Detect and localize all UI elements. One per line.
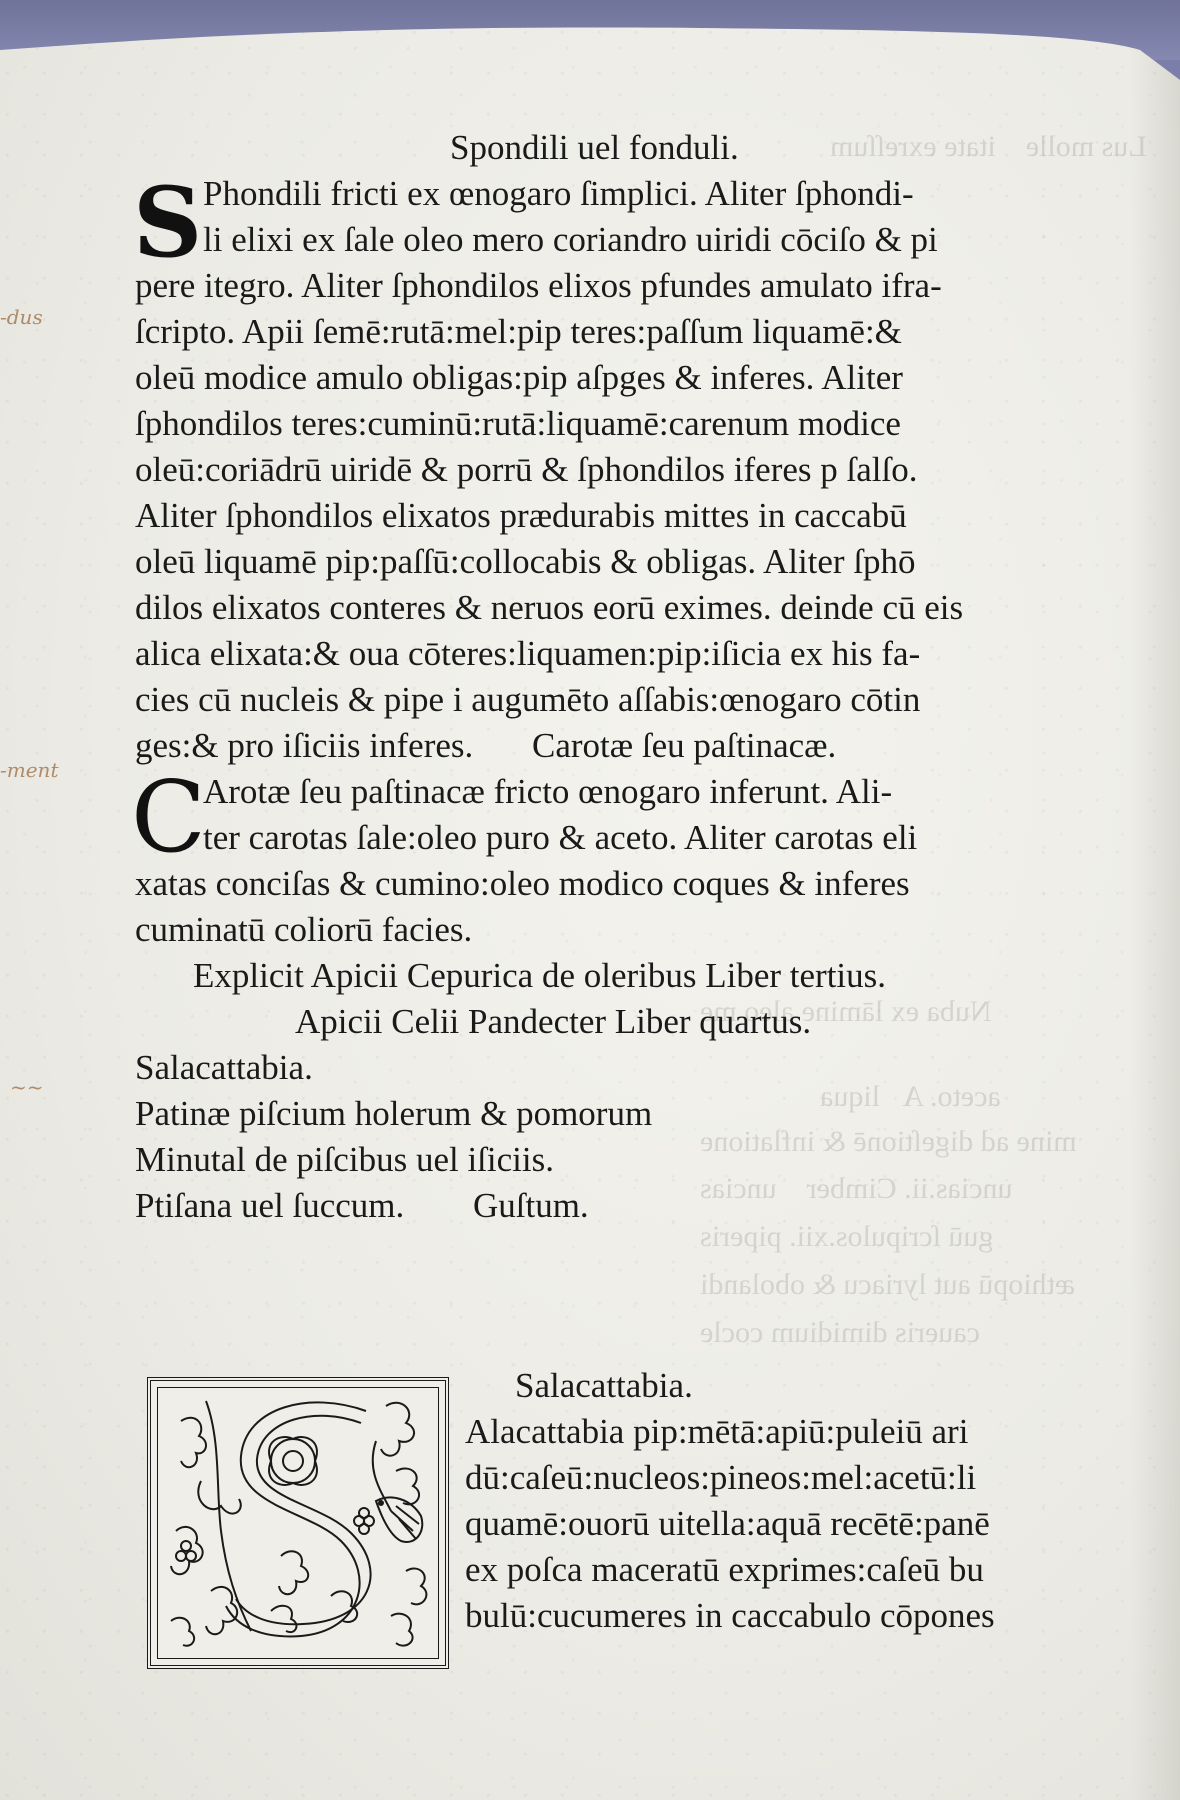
section-carotae: C Arotæ ſeu paſtinacæ fricto œnogaro inf… — [135, 769, 1135, 953]
margin-annotation: ~~ — [10, 1075, 44, 1099]
text-line: bulū:cucumeres in caccabulo cōpones — [465, 1592, 1145, 1638]
contents-item: Salacattabia. — [135, 1045, 1135, 1091]
text-line: ter carotas ſale:oleo puro & aceto. Alit… — [135, 815, 1135, 861]
main-text: Spondili uel fonduli. S Phondili fricti … — [135, 125, 1135, 1229]
text-line: li elixi ex ſale oleo mero coriandro uir… — [135, 217, 1135, 263]
inline-heading: Carotæ ſeu paſtinacæ. — [482, 726, 836, 765]
text-line: oleū liquamē pip:paſſū:collocabis & obli… — [135, 539, 1135, 585]
text-line: pere itegro. Aliter ſphondilos elixos pf… — [135, 263, 1135, 309]
bleed-through-text: caueris dimidium cocle — [700, 1316, 980, 1350]
text-line: Arotæ ſeu paſtinacæ fricto œnogaro infer… — [135, 769, 1135, 815]
section-heading: Spondili uel fonduli. — [135, 125, 1135, 171]
text-line: ex poſca maceratū exprimes:caſeū bu — [465, 1546, 1145, 1592]
margin-annotation: -ment — [0, 758, 58, 782]
explicit-line: Explicit Apicii Cepurica de oleribus Lib… — [135, 953, 1135, 999]
text-line: alica elixata:& oua cōteres:liquamen:pip… — [135, 631, 1135, 677]
book-page: Lus molle itate exreſſum Nuba ex lāmine … — [0, 20, 1180, 1800]
text-line: oleū modice amulo obligas:pip aſpges & i… — [135, 355, 1135, 401]
text-line: quamē:ouorū uitella:aquā recētē:panē — [465, 1500, 1145, 1546]
margin-annotation: -dus — [0, 305, 43, 329]
contents-inline-heading: Guſtum. — [413, 1186, 589, 1225]
text-line: dū:caſeū:nucleos:pineos:mel:acetū:li — [465, 1454, 1145, 1500]
bleed-through-text: æthiopū aut lyriacu & obolandi — [700, 1268, 1075, 1302]
section-spondili: S Phondili fricti ex œnogaro ſimplici. A… — [135, 171, 1135, 769]
text-line: Alacattabia pip:mētā:apiū:puleiū ari — [465, 1408, 1145, 1454]
contents-item-text: Ptiſana uel ſuccum. — [135, 1186, 404, 1225]
text-line: ſcripto. Apii ſemē:rutā:mel:pip teres:pa… — [135, 309, 1135, 355]
text-line: dilos elixatos conteres & neruos eorū ex… — [135, 585, 1135, 631]
salacattabia-recipe: Salacattabia. Alacattabia pip:mētā:apiū:… — [465, 1362, 1145, 1638]
dropcap-S: S — [133, 175, 202, 271]
text-line: cuminatū coliorū facies. — [135, 907, 1135, 953]
contents-item: Ptiſana uel ſuccum. Guſtum. — [135, 1183, 1135, 1229]
book-title: Apicii Celii Pandecter Liber quartus. — [135, 999, 1135, 1045]
text-line: Aliter ſphondilos elixatos prædurabis mi… — [135, 493, 1135, 539]
contents-item: Patinæ piſcium holerum & pomorum — [135, 1091, 1135, 1137]
dropcap-C: C — [131, 769, 206, 867]
text-line: cies cū nucleis & pipe i augumēto aſſabi… — [135, 677, 1135, 723]
woodcut-initial — [147, 1377, 449, 1669]
text-line: ges:& pro iſiciis inferes. Carotæ ſeu pa… — [135, 723, 1135, 769]
text-line: oleū:coriādrū uiridē & porrū & ſphondilo… — [135, 447, 1135, 493]
text-line: Phondili fricti ex œnogaro ſimplici. Ali… — [135, 171, 1135, 217]
text-line: ſphondilos teres:cuminū:rutā:liquamē:car… — [135, 401, 1135, 447]
text-line: xatas conciſas & cumino:oleo modico coqu… — [135, 861, 1135, 907]
text-line-end: ges:& pro iſiciis inferes. — [135, 726, 473, 765]
section-heading: Salacattabia. — [465, 1362, 1145, 1408]
contents-item: Minutal de piſcibus uel iſiciis. — [135, 1137, 1135, 1183]
ornamental-s-icon — [151, 1381, 445, 1665]
